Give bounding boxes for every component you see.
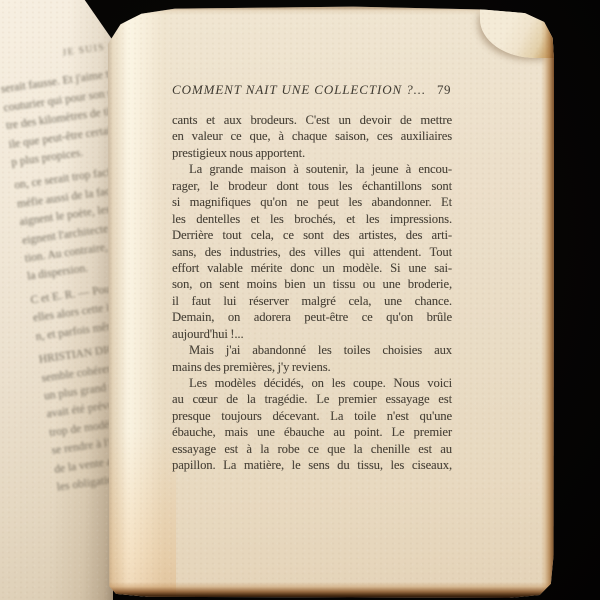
- page-bottom-edge: [108, 582, 554, 598]
- text-line: en valeur ce que, à chaque saison, ces a…: [172, 128, 452, 144]
- text-line: aujourd'hui !...: [172, 326, 452, 342]
- text-line: il faut lui réserver malgré cela, une ch…: [172, 293, 452, 309]
- text-line: effort valable mérite donc un modèle. Si…: [172, 260, 452, 276]
- text-line: Demain, on adorera peut-être ce qu'on br…: [172, 309, 452, 325]
- text-line: La grande maison à soutenir, la jeune à …: [172, 161, 452, 177]
- right-page-text: COMMENT NAIT UNE COLLECTION ?... 79 cant…: [172, 82, 452, 474]
- text-line: papillon. La matière, le sens du tissu, …: [172, 457, 452, 473]
- right-page: COMMENT NAIT UNE COLLECTION ?... 79 cant…: [108, 6, 554, 598]
- text-line: Mais j'ai abandonné les toiles choisies …: [172, 342, 452, 358]
- text-line: essayage est à la robe ce que la chenill…: [172, 441, 452, 457]
- left-page: JE SUIS COUTURIER serait fausse. Et j'ai…: [0, 0, 113, 600]
- page-header-row: COMMENT NAIT UNE COLLECTION ?... 79: [172, 82, 452, 98]
- page-right-edge: [541, 6, 554, 598]
- text-line: Derrière tout cela, ce sont des artistes…: [172, 227, 452, 243]
- text-line: presque toujours décevant. La toile n'es…: [172, 408, 452, 424]
- text-line: prestigieux nous apportent.: [172, 145, 452, 161]
- text-line: si magnifiques qu'on ne peut les abandon…: [172, 194, 452, 210]
- gutter-shadow: [0, 0, 113, 600]
- text-line: cants et aux brodeurs. C'est un devoir d…: [172, 112, 452, 128]
- text-line: ébauche, mais une ébauche au point. Le p…: [172, 424, 452, 440]
- text-line: son, on sent moins bien un tissu ou une …: [172, 276, 452, 292]
- text-line: les dentelles et les brochés, et les imp…: [172, 211, 452, 227]
- text-line: Les modèles décidés, on les coupe. Nous …: [172, 375, 452, 391]
- page-number: 79: [437, 82, 452, 98]
- gutter-highlight: [108, 6, 176, 598]
- text-line: mains des premières, j'y reviens.: [172, 359, 452, 375]
- text-line: rager, le brodeur dont tous les échantil…: [172, 178, 452, 194]
- book-photo: JE SUIS COUTURIER serait fausse. Et j'ai…: [0, 0, 600, 600]
- body-text: cants et aux brodeurs. C'est un devoir d…: [172, 112, 452, 474]
- text-line: sans, des industries, des villes qui att…: [172, 244, 452, 260]
- running-header: COMMENT NAIT UNE COLLECTION ?...: [172, 82, 426, 98]
- text-line: au cœur de la tragédie. Le premier essay…: [172, 391, 452, 407]
